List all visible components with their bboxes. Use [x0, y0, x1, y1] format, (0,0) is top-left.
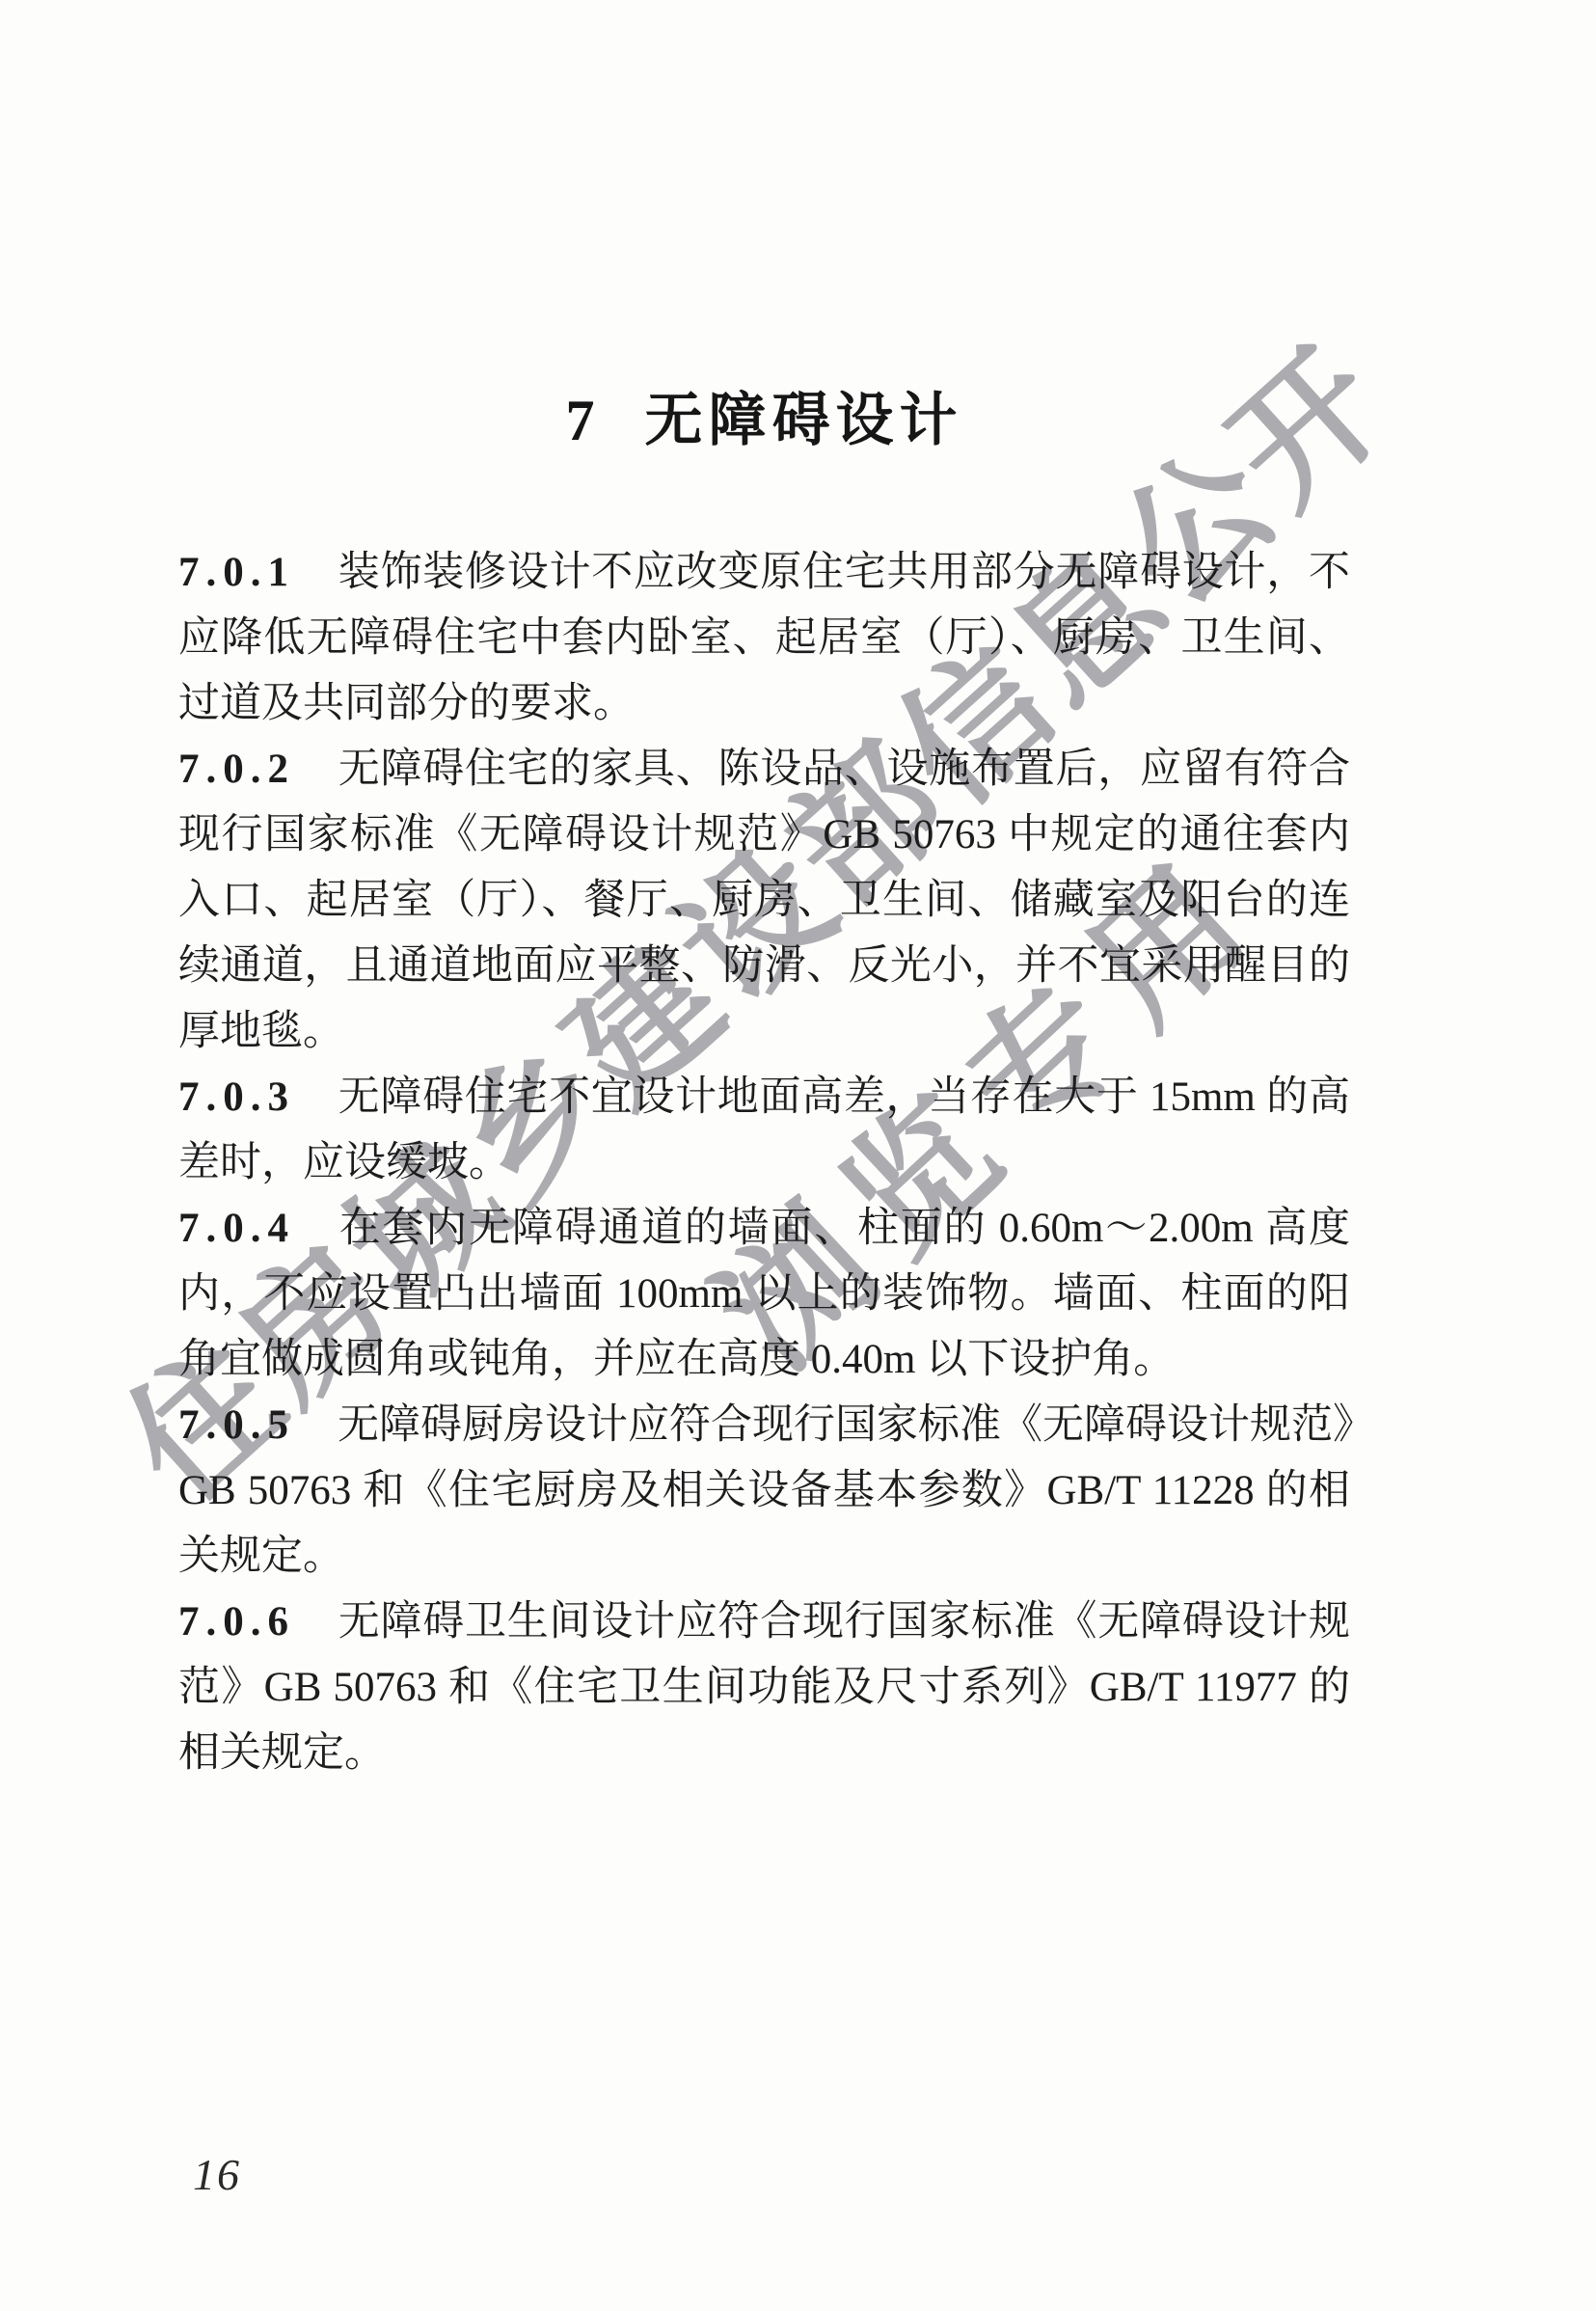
body-column: 7.0.1装饰装修设计不应改变原住宅共用部分无障碍设计，不 应降低无障碍住宅中套…: [178, 540, 1350, 1786]
clause-line: 应降低无障碍住宅中套内卧室、起居室（厅）、厨房、卫生间、: [178, 606, 1350, 671]
clause-line: 现行国家标准《无障碍设计规范》GB 50763 中规定的通往套内: [178, 802, 1350, 868]
clause-text: 在套内无障碍通道的墙面、柱面的 0.60m～2.00m 高度: [338, 1206, 1350, 1251]
clause-text: 无障碍住宅的家具、陈设品、设施布置后，应留有符合: [338, 747, 1350, 792]
clause-7-0-4: 7.0.4在套内无障碍通道的墙面、柱面的 0.60m～2.00m 高度 内，不应…: [178, 1196, 1350, 1393]
clause-number: 7.0.1: [178, 550, 295, 595]
clause-line: 7.0.5无障碍厨房设计应符合现行国家标准《无障碍设计规范》: [178, 1393, 1350, 1458]
clause-7-0-1: 7.0.1装饰装修设计不应改变原住宅共用部分无障碍设计，不 应降低无障碍住宅中套…: [178, 540, 1350, 737]
clause-text: 无障碍住宅不宜设计地面高差，当存在大于 15mm 的高: [338, 1074, 1350, 1120]
clause-line: 角宜做成圆角或钝角，并应在高度 0.40m 以下设护角。: [178, 1327, 1350, 1393]
clause-7-0-2: 7.0.2无障碍住宅的家具、陈设品、设施布置后，应留有符合 现行国家标准《无障碍…: [178, 737, 1350, 1065]
clause-line: 范》GB 50763 和《住宅卫生间功能及尺寸系列》GB/T 11977 的: [178, 1655, 1350, 1721]
text-layer: 7无障碍设计 7.0.1装饰装修设计不应改变原住宅共用部分无障碍设计，不 应降低…: [0, 0, 1596, 2311]
clause-line: 厚地毯。: [178, 999, 1350, 1065]
clause-text: 无障碍卫生间设计应符合现行国家标准《无障碍设计规: [338, 1599, 1350, 1645]
clause-7-0-6: 7.0.6无障碍卫生间设计应符合现行国家标准《无障碍设计规 范》GB 50763…: [178, 1590, 1350, 1786]
clause-text: 无障碍厨房设计应符合现行国家标准《无障碍设计规范》: [338, 1402, 1374, 1448]
clause-line: 7.0.4在套内无障碍通道的墙面、柱面的 0.60m～2.00m 高度: [178, 1196, 1350, 1262]
clause-line: 7.0.1装饰装修设计不应改变原住宅共用部分无障碍设计，不: [178, 540, 1350, 606]
clause-line: 7.0.3无障碍住宅不宜设计地面高差，当存在大于 15mm 的高: [178, 1065, 1350, 1130]
clause-number: 7.0.4: [178, 1206, 295, 1251]
clause-line: 关规定。: [178, 1524, 1350, 1590]
clause-number: 7.0.6: [178, 1599, 295, 1645]
clause-line: 差时，应设缓坡。: [178, 1130, 1350, 1196]
clause-line: 入口、起居室（厅）、餐厅、厨房、卫生间、储藏室及阳台的连: [178, 868, 1350, 934]
clause-line: 7.0.6无障碍卫生间设计应符合现行国家标准《无障碍设计规: [178, 1590, 1350, 1655]
clause-number: 7.0.2: [178, 747, 295, 792]
chapter-number: 7: [566, 389, 595, 452]
clause-text: 装饰装修设计不应改变原住宅共用部分无障碍设计，不: [338, 550, 1350, 595]
clause-line: 7.0.2无障碍住宅的家具、陈设品、设施布置后，应留有符合: [178, 737, 1350, 802]
clause-line: 过道及共同部分的要求。: [178, 671, 1350, 737]
chapter-title-text: 无障碍设计: [645, 389, 963, 452]
clause-line: 续通道，且通道地面应平整、防滑、反光小，并不宜采用醒目的: [178, 934, 1350, 999]
clause-line: GB 50763 和《住宅厨房及相关设备基本参数》GB/T 11228 的相: [178, 1458, 1350, 1524]
document-page: 住房城乡建设部信息公开 浏览专用 7无障碍设计 7.0.1装饰装修设计不应改变原…: [0, 0, 1596, 2311]
clause-7-0-5: 7.0.5无障碍厨房设计应符合现行国家标准《无障碍设计规范》 GB 50763 …: [178, 1393, 1350, 1590]
page-number: 16: [193, 2149, 241, 2200]
clause-number: 7.0.5: [178, 1402, 295, 1448]
chapter-title: 7无障碍设计: [178, 374, 1350, 457]
clause-line: 内，不应设置凸出墙面 100mm 以上的装饰物。墙面、柱面的阳: [178, 1262, 1350, 1327]
clause-line: 相关规定。: [178, 1721, 1350, 1786]
clause-number: 7.0.3: [178, 1074, 295, 1120]
clause-7-0-3: 7.0.3无障碍住宅不宜设计地面高差，当存在大于 15mm 的高 差时，应设缓坡…: [178, 1065, 1350, 1196]
